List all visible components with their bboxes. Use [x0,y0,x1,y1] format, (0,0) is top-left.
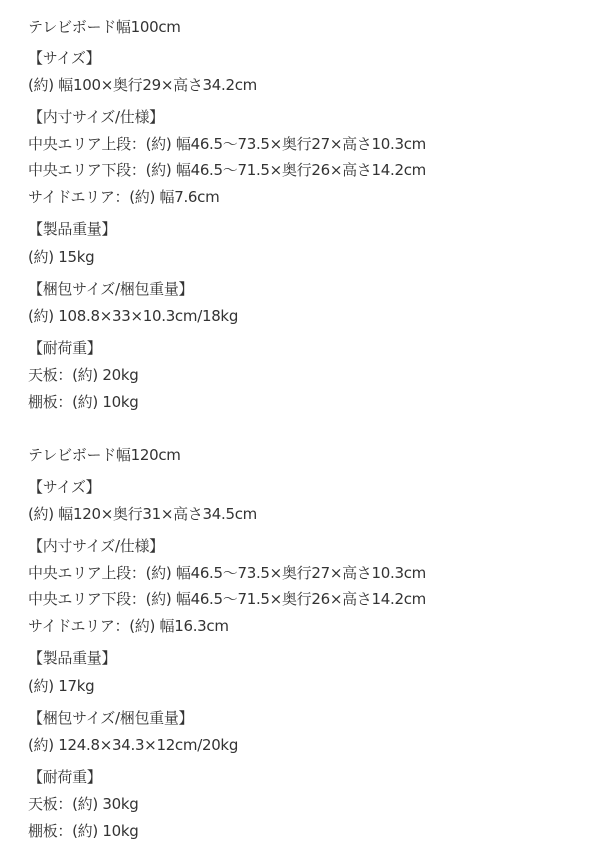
product-title: テレビボード幅120cm [28,445,181,465]
size-value: (約) 幅100×奥行29×高さ34.2cm [28,75,257,95]
inner-size-upper: 中央エリア上段：(約) 幅46.5～73.5×奥行27×高さ10.3cm [28,134,426,154]
section-heading-package: 【梱包サイズ/梱包重量】 [28,708,193,728]
weight-value: (約) 15kg [28,247,94,267]
package-value: (約) 124.8×34.3×12cm/20kg [28,735,238,755]
load-shelf-board: 棚板：(約) 10kg [28,821,138,841]
section-heading-size: 【サイズ】 [28,477,100,497]
section-heading-inner-size: 【内寸サイズ/仕様】 [28,107,164,127]
section-heading-package: 【梱包サイズ/梱包重量】 [28,279,193,299]
product-spec-document: テレビボード幅100cm 【サイズ】 (約) 幅100×奥行29×高さ34.2c… [0,0,600,856]
load-top-board: 天板：(約) 30kg [28,794,138,814]
size-value: (約) 幅120×奥行31×高さ34.5cm [28,504,257,524]
package-value: (約) 108.8×33×10.3cm/18kg [28,306,238,326]
section-heading-weight: 【製品重量】 [28,648,116,668]
load-shelf-board: 棚板：(約) 10kg [28,392,138,412]
load-top-board: 天板：(約) 20kg [28,365,138,385]
inner-size-upper: 中央エリア上段：(約) 幅46.5～73.5×奥行27×高さ10.3cm [28,563,426,583]
section-heading-load: 【耐荷重】 [28,767,102,787]
inner-size-side: サイドエリア：(約) 幅7.6cm [28,187,219,207]
section-heading-inner-size: 【内寸サイズ/仕様】 [28,536,164,556]
inner-size-lower: 中央エリア下段：(約) 幅46.5～71.5×奥行26×高さ14.2cm [28,589,426,609]
product-title: テレビボード幅100cm [28,17,181,37]
section-heading-load: 【耐荷重】 [28,338,102,358]
weight-value: (約) 17kg [28,676,94,696]
inner-size-side: サイドエリア：(約) 幅16.3cm [28,616,229,636]
section-heading-weight: 【製品重量】 [28,219,116,239]
section-heading-size: 【サイズ】 [28,48,100,68]
inner-size-lower: 中央エリア下段：(約) 幅46.5～71.5×奥行26×高さ14.2cm [28,160,426,180]
